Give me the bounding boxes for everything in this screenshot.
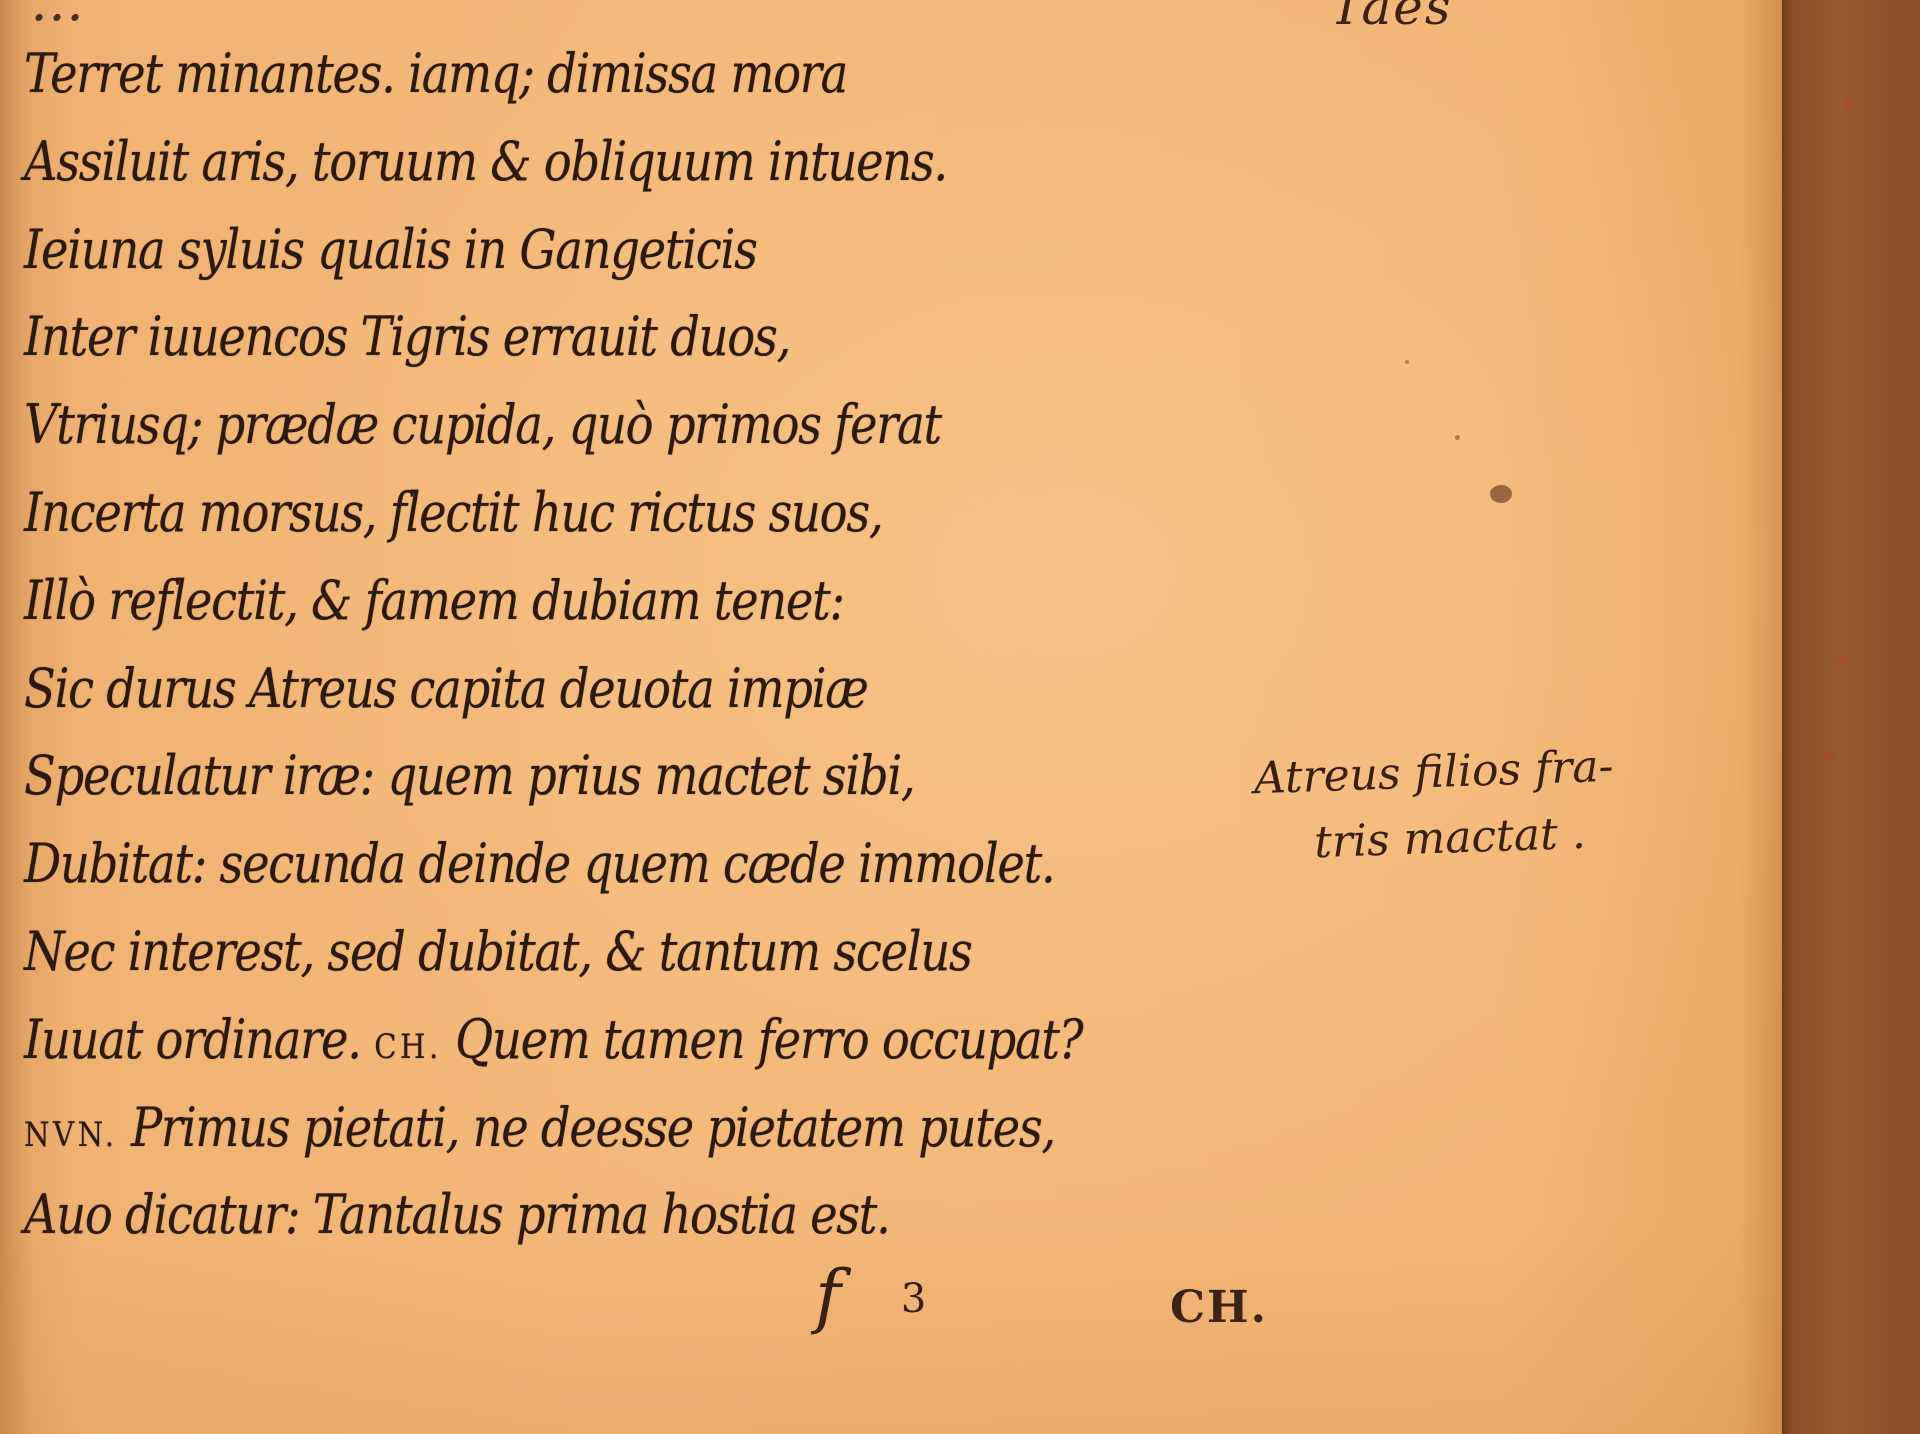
verse-line-text: Iuuat ordinare. [24,1008,361,1071]
verse-line-text: Speculatur iræ: quem prius mactet sibi, [24,744,914,807]
handwritten-marginal-note: Atreus filios fra- tris mactat . [1253,734,1617,878]
verse-line-text: Nec interest, sed dubitat, & tantum scel… [24,920,972,983]
verse-line-text: Ieiuna syluis qualis in Gangeticis [24,218,757,281]
verse-line: Assiluit aris, toruum & obliquum intuens… [24,118,1082,206]
verse-line-text: Quem tamen ferro occupat? [455,1008,1082,1071]
verse-line-text: Assiluit aris, toruum & obliquum intuens… [24,130,947,193]
partial-top-line: … [30,0,84,33]
verse-line: Inter iuuencos Tigris errauit duos, [24,293,1082,381]
red-speck [1824,750,1834,760]
verse-line: Speculatur iræ: quem prius mactet sibi, [24,732,1082,820]
verse-line-text: Terret minantes. iamq; dimissa mora [24,42,847,105]
speaker-label: CH. [374,1027,441,1067]
book-cover-board [1782,0,1920,1434]
partial-top-right-word: Taes [1330,0,1453,36]
verse-line: Sic durus Atreus capita deuota impiæ [24,645,1082,733]
verse-line-text: Auo dicatur: Tantalus prima hostia est. [24,1183,890,1246]
verse-text-block: Terret minantes. iamq; dimissa mora Assi… [24,30,1255,1259]
note-line: Atreus filios fra- [1253,734,1615,813]
speaker-label: NVN. [24,1115,117,1155]
verse-line: Dubitat: secunda deinde quem cæde immole… [24,820,1082,908]
ink-stain [1490,485,1512,503]
verse-line: Illò reflectit, & famem dubiam tenet: [24,557,1082,645]
verse-line-text: Primus pietati, ne deesse pietatem putes… [131,1096,1055,1159]
ink-speck [1405,360,1409,364]
verse-line: Vtriusq; prædæ cupida, quò primos ferat [24,381,1082,469]
verse-line-text: Incerta morsus, flectit huc rictus suos, [24,481,882,544]
verse-line-text: Sic durus Atreus capita deuota impiæ [24,657,868,720]
verse-line-text: Vtriusq; prædæ cupida, quò primos ferat [24,393,941,456]
verse-line: Incerta morsus, flectit huc rictus suos, [24,469,1082,557]
signature-number: 3 [901,1276,926,1322]
verse-line: Auo dicatur: Tantalus prima hostia est. [24,1171,1082,1259]
verse-line: Ieiuna syluis qualis in Gangeticis [24,206,1082,294]
verse-line: NVN. Primus pietati, ne deesse pietatem … [24,1084,1082,1172]
note-line: tris mactat . [1255,800,1617,879]
signature-letter: f [815,1255,841,1337]
verse-line-text: Inter iuuencos Tigris errauit duos, [24,305,790,368]
red-speck [1842,100,1852,110]
book-page: … Taes Terret minantes. iamq; dimissa mo… [0,0,1782,1434]
catchword: CH. [1170,1282,1268,1333]
verse-line: Iuuat ordinare. CH. Quem tamen ferro occ… [24,996,1082,1084]
red-speck [1837,655,1847,665]
ink-speck [1455,435,1460,440]
verse-line: Terret minantes. iamq; dimissa mora [24,30,1082,118]
verse-line: Nec interest, sed dubitat, & tantum scel… [24,908,1082,996]
verse-line-text: Illò reflectit, & famem dubiam tenet: [24,569,844,632]
signature-mark: f3 [815,1255,926,1337]
verse-line-text: Dubitat: secunda deinde quem cæde immole… [24,832,1054,895]
